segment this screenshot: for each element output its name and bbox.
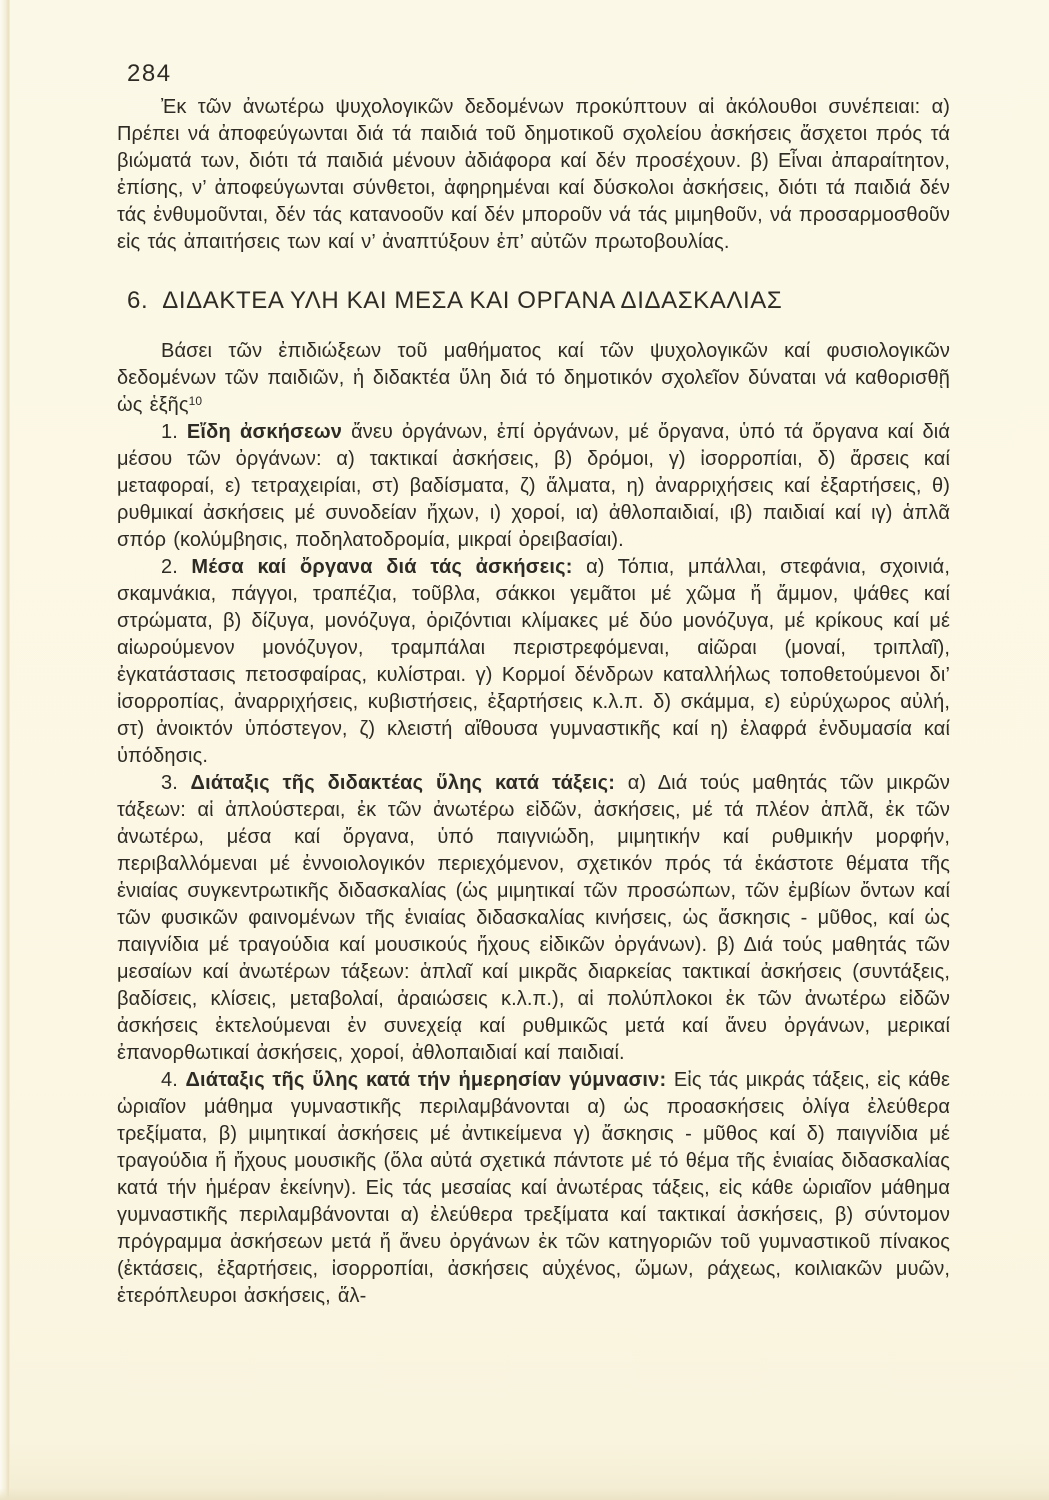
section-title: ΔΙΔΑΚΤΕΑ ΥΛΗ ΚΑΙ ΜΕΣΑ ΚΑΙ ΟΡΓΑΝΑ ΔΙΔΑΣΚΑ… [162,287,782,314]
footnote-reference: 10 [189,394,203,408]
section-heading: 6.ΔΙΔΑΚΤΕΑ ΥΛΗ ΚΑΙ ΜΕΣΑ ΚΑΙ ΟΡΓΑΝΑ ΔΙΔΑΣ… [117,287,950,315]
bold-run: Διάταξις τῆς διδακτέας ὕλης κατά τάξεις: [191,772,616,794]
page-number: 284 [127,60,172,88]
basis-paragraph: Βάσει τῶν ἐπιδιώξεων τοῦ μαθήματος καί τ… [117,338,950,419]
scanned-book-page: 284 Ἐκ τῶν ἀνωτέρω ψυχολογικῶν δεδομένων… [0,0,1049,1500]
bold-run: Μέσα καί ὄργανα διά τάς ἀσκήσεις: [191,556,572,578]
intro-paragraph: Ἐκ τῶν ἀνωτέρω ψυχολογικῶν δεδομένων προ… [117,94,950,256]
list-item-3: 3. Διάταξις τῆς διδακτέας ὕλης κατά τάξε… [117,770,950,1067]
page-bottom-edge [0,1488,1049,1500]
page-left-edge [0,0,10,1500]
text-body: Ἐκ τῶν ἀνωτέρω ψυχολογικῶν δεδομένων προ… [117,94,950,1310]
bold-run: Διάταξις τῆς ὕλης κατά τήν ἡμερησίαν γύμ… [185,1069,666,1091]
bold-run: Εἴδη ἀσκήσεων [187,421,342,443]
list-item-4: 4. Διάταξις τῆς ὕλης κατά τήν ἡμερησίαν … [117,1067,950,1310]
section-number: 6. [127,287,148,314]
list-item-2: 2. Μέσα καί ὄργανα διά τάς ἀσκήσεις: α) … [117,554,950,770]
list-item-1: 1. Εἴδη ἀσκήσεων ἄνευ ὀργάνων, ἐπί ὀργάν… [117,419,950,554]
